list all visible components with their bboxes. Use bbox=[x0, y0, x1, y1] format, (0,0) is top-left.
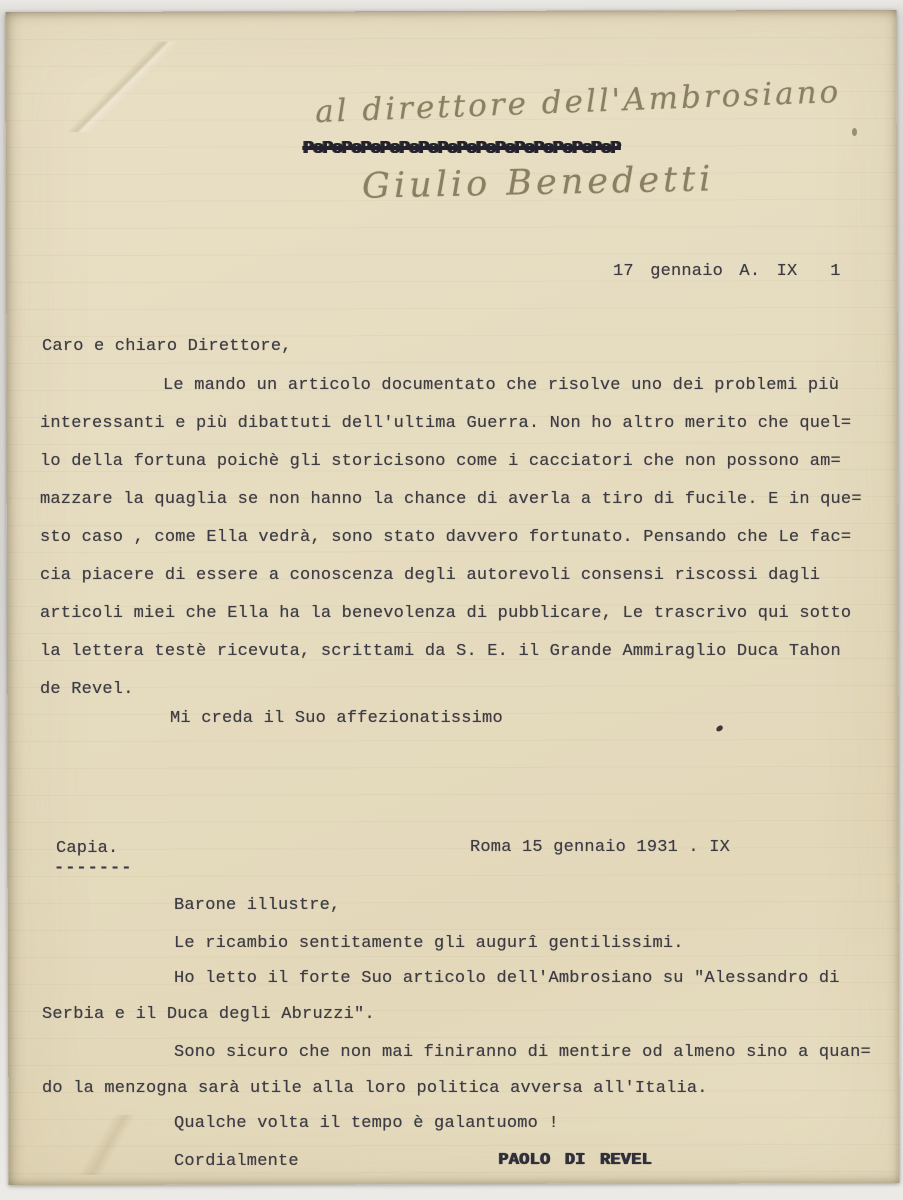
quoted-line: do la menzogna sarà utile alla loro poli… bbox=[42, 1078, 708, 1100]
copy-label-underline: ------- bbox=[54, 858, 132, 880]
quoted-closing: Cordialmente bbox=[174, 1151, 299, 1173]
body-line: de Revel. bbox=[40, 679, 134, 701]
quoted-line: Sono sicuro che non mai finiranno di men… bbox=[174, 1042, 871, 1064]
paper-crease-bottom-left bbox=[18, 1115, 198, 1175]
paper-crease-top-left bbox=[46, 42, 196, 132]
body-line: mazzare la quaglia se non hanno la chanc… bbox=[40, 489, 862, 511]
letter-salutation: Caro e chiaro Direttore, bbox=[42, 336, 292, 358]
copy-label: Capia. bbox=[56, 838, 118, 860]
quoted-signature: PAOLO DI REVEL bbox=[498, 1150, 652, 1172]
ink-speck bbox=[852, 128, 857, 136]
body-line: cia piacere di essere a conoscenza degli… bbox=[40, 565, 820, 587]
body-line: la lettera testè ricevuta, scrittami da … bbox=[40, 641, 841, 663]
letter-date: 17 gennaio A. IX 1 bbox=[613, 261, 841, 283]
letter-closing: Mi creda il Suo affezionatissimo bbox=[170, 708, 503, 730]
body-line: sto caso , come Ella vedrà, sono stato d… bbox=[40, 527, 851, 549]
quoted-line: Le ricambio sentitamente gli augurî gent… bbox=[174, 933, 684, 955]
quoted-line: Serbia e il Duca degli Abruzzi". bbox=[42, 1004, 375, 1026]
handwritten-signature-benedetti: Giulio Benedetti bbox=[362, 159, 715, 206]
quoted-salutation: Barone illustre, bbox=[174, 895, 340, 917]
body-line: articoli miei che Ella ha la benevolenza… bbox=[40, 603, 851, 625]
body-line: interessanti e più dibattuti dell'ultima… bbox=[40, 413, 851, 435]
body-line: lo della fortuna poichè gli storicisono … bbox=[40, 451, 841, 473]
quoted-letter-place-date: Roma 15 gennaio 1931 . IX bbox=[470, 837, 730, 859]
body-line: Le mando un articolo documentato che ris… bbox=[163, 375, 839, 397]
quoted-line: Qualche volta il tempo è galantuomo ! bbox=[174, 1113, 559, 1135]
quoted-line: Ho letto il forte Suo articolo dell'Ambr… bbox=[174, 968, 840, 990]
struck-out-typed-line: PoPoPoPoPoPoPoPoPoPoPoPoPoPoPoPoP bbox=[303, 138, 620, 160]
